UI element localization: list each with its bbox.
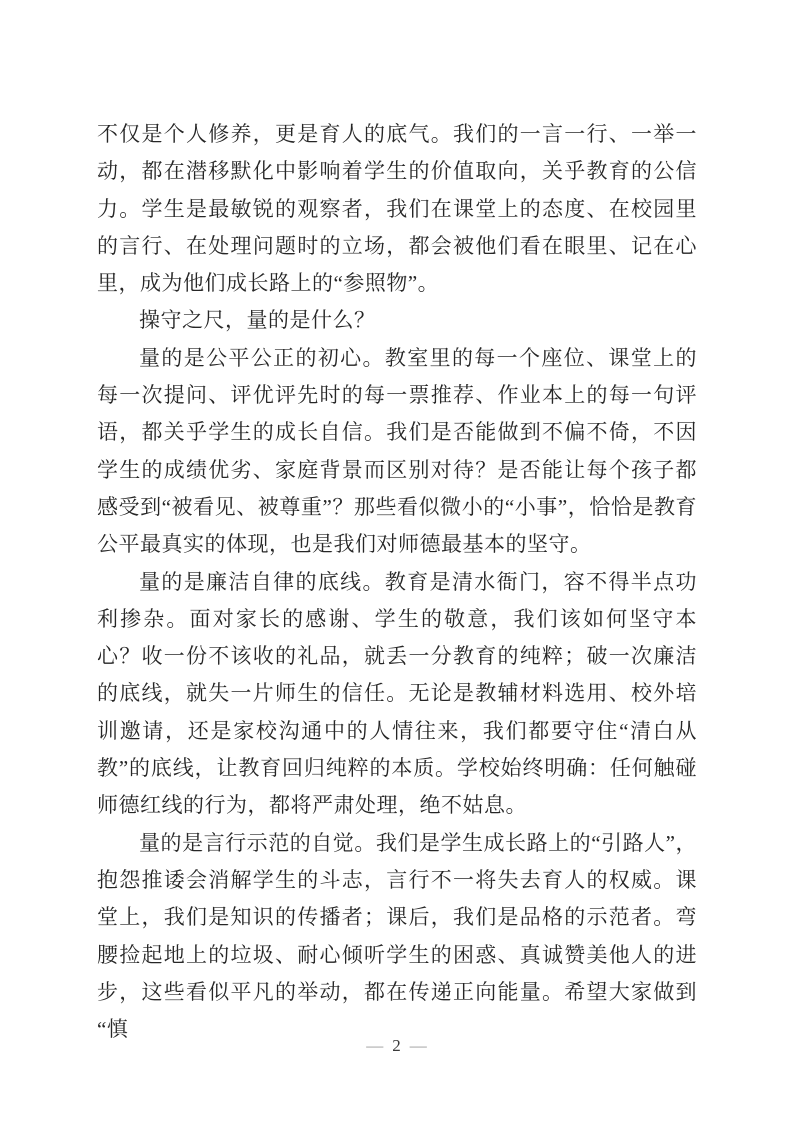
document-page: 不仅是个人修养，更是育人的底气。我们的一言一行、一举一动，都在潜移默化中影响着学… (0, 0, 793, 1122)
paragraph-role-model: 量的是言行示范的自觉。我们是学生成长路上的“引路人”，抱怨推诿会消解学生的斗志，… (97, 825, 697, 1049)
paragraph-question-heading: 操守之尺，量的是什么？ (97, 302, 697, 339)
paragraph-continuation: 不仅是个人修养，更是育人的底气。我们的一言一行、一举一动，都在潜移默化中影响着学… (97, 116, 697, 302)
paragraph-integrity: 量的是廉洁自律的底线。教育是清水衙门，容不得半点功利掺杂。面对家长的感谢、学生的… (97, 564, 697, 825)
page-number-dash-left: — (366, 1036, 383, 1055)
paragraph-fairness: 量的是公平公正的初心。教室里的每一个座位、课堂上的每一次提问、评优评先时的每一票… (97, 340, 697, 564)
page-number-dash-right: — (410, 1036, 427, 1055)
page-footer: —2— (0, 1034, 793, 1058)
page-number: 2 (392, 1036, 401, 1055)
document-body: 不仅是个人修养，更是育人的底气。我们的一言一行、一举一动，都在潜移默化中影响着学… (97, 116, 697, 1048)
